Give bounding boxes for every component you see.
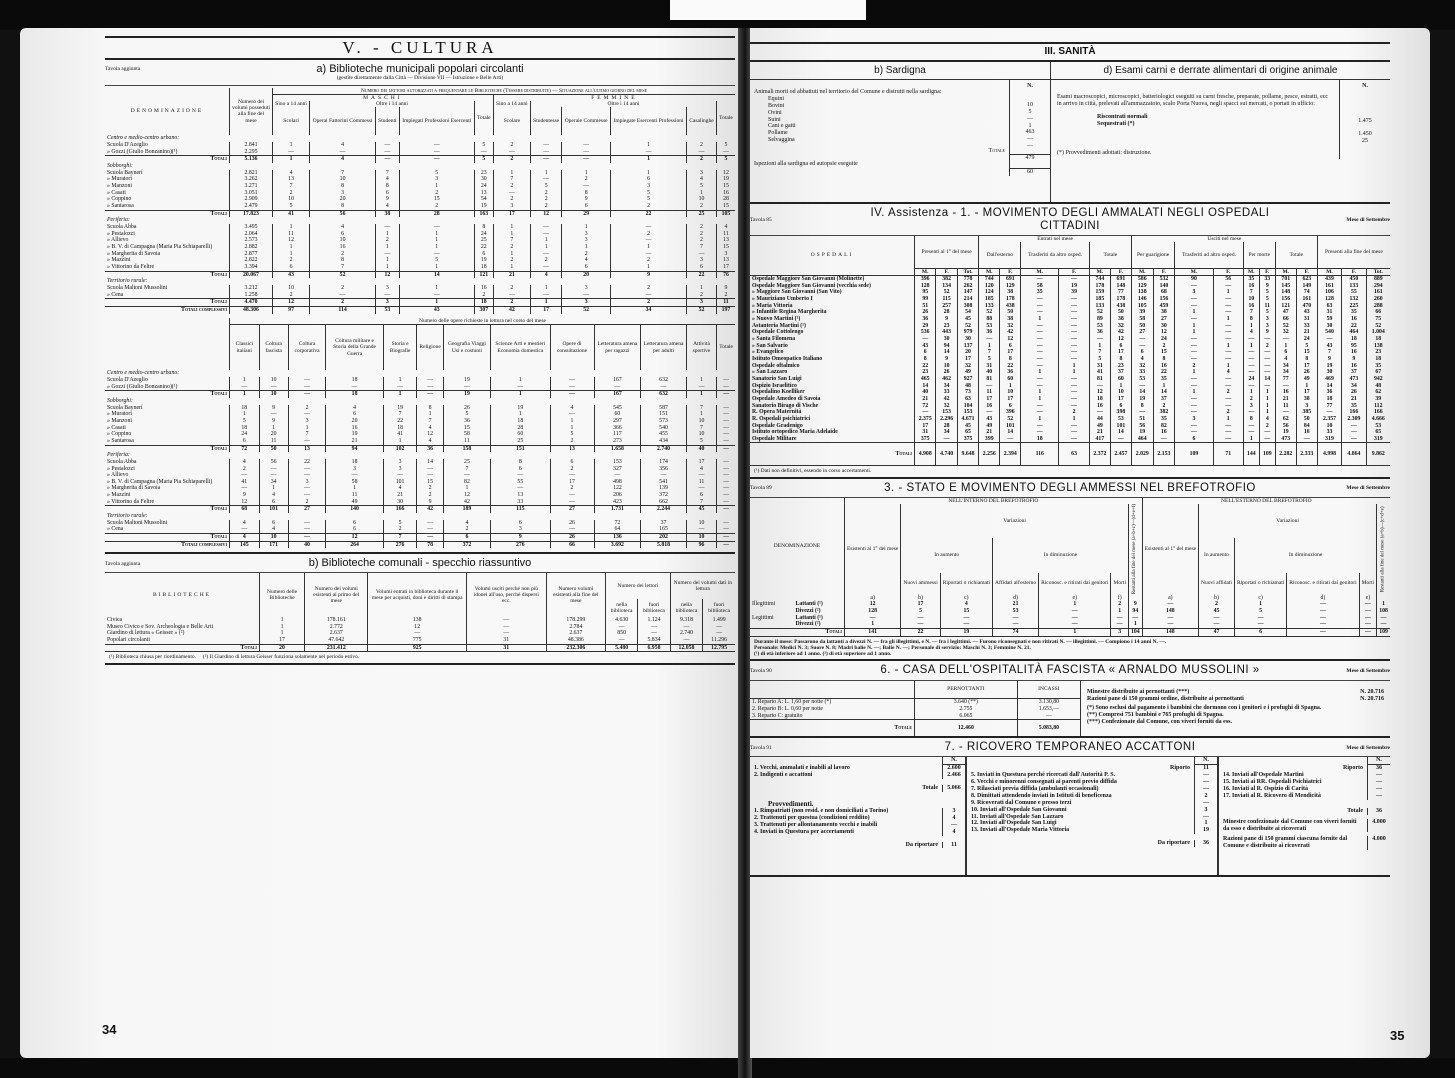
cell-value: 18 bbox=[230, 405, 260, 412]
cell-value: 35 bbox=[1342, 403, 1366, 410]
esami-value: 1.475 bbox=[1340, 118, 1390, 125]
sub-header: M. bbox=[1089, 268, 1110, 275]
opere-col-header: Classici italiani bbox=[230, 324, 260, 370]
cell-value: 1 bbox=[259, 425, 288, 432]
cell-value: 16 bbox=[1342, 316, 1366, 323]
cell-value: — bbox=[288, 411, 326, 418]
value: — bbox=[942, 822, 965, 829]
cell-value: 9 bbox=[230, 492, 260, 499]
cell-value: 151 bbox=[641, 411, 686, 418]
group-row: Centro e medio-centro urbano: bbox=[105, 370, 735, 377]
total-value: 2.457 bbox=[1110, 443, 1131, 466]
opere-col-header: Letteratura amena per ragazzi bbox=[594, 324, 641, 370]
cell-value: 1 bbox=[493, 170, 530, 177]
cell-value: 20 bbox=[310, 196, 376, 203]
cell-value: 34 bbox=[1275, 363, 1296, 370]
value: 1 bbox=[1194, 820, 1217, 827]
grand-total-value: 48.306 bbox=[230, 306, 273, 313]
value: 11 bbox=[1194, 765, 1217, 772]
cell-value: 31 bbox=[915, 429, 936, 436]
cell-value: — bbox=[703, 624, 735, 631]
label: 14. Inviati all'Ospedale Martini bbox=[1219, 772, 1367, 779]
cell-value: 12 bbox=[844, 601, 900, 608]
cell-value: — bbox=[1287, 601, 1359, 608]
total-row: Totali681012714016642189115271.7312.2444… bbox=[105, 506, 735, 513]
accattoni-mese: Mese di Settembre bbox=[1300, 745, 1390, 751]
cell-value: 16 bbox=[1243, 303, 1259, 310]
row-label: » B. V. di Campagna (Maria Pia Schiapare… bbox=[105, 244, 230, 251]
cell-value: 2 bbox=[288, 405, 326, 412]
cell-value: 17 bbox=[716, 264, 735, 271]
total-value: — bbox=[399, 156, 474, 163]
total-value: 1.731 bbox=[594, 506, 641, 513]
cell-value: 1 bbox=[260, 617, 305, 624]
cell-value: 4 bbox=[259, 492, 288, 499]
table-row: Astanteria Martini (¹)2923525332——533250… bbox=[750, 323, 1390, 330]
total-value: — bbox=[1359, 628, 1377, 635]
cell-value: — bbox=[1059, 349, 1090, 356]
row-group bbox=[750, 621, 794, 628]
cell-value: — bbox=[1213, 303, 1243, 310]
row-label: » Mazzini bbox=[105, 257, 230, 264]
table-row: Ospedalino Koelliker40337311101—12101414… bbox=[750, 389, 1390, 396]
grand-total-row: Totali complessivi1451714026427678372276… bbox=[105, 541, 735, 548]
table-row: Scuola Baynerí18924198261945455877— bbox=[105, 405, 735, 412]
volumi-lettura-header: Numero dei volumi dati in lettura bbox=[670, 573, 735, 599]
cell-value: — bbox=[550, 499, 594, 506]
table-brefotrofio: DENOMINAZIONE NELL'INTERNO DEL BREFOTROF… bbox=[750, 498, 1390, 636]
label: 9. Ricoverati dal Comune e presso terzi bbox=[967, 800, 1194, 807]
scan-bottom-border bbox=[0, 1058, 1455, 1078]
opere-col-header: Geografia Viaggi Usi e costumi bbox=[443, 324, 490, 370]
cell-value: 34 bbox=[1342, 383, 1366, 390]
cell-value: — bbox=[491, 384, 550, 391]
cell-value: 17 bbox=[1110, 396, 1131, 403]
sub-header: F. bbox=[1259, 268, 1275, 275]
cell-value: — bbox=[1213, 349, 1243, 356]
hospital-name: Sanatorio San Luigi bbox=[750, 376, 915, 383]
cell-value: 3.640 (**) bbox=[915, 699, 1018, 706]
cell-value: 149 bbox=[1296, 283, 1317, 290]
cell-value: 8 bbox=[417, 405, 443, 412]
cell-value: 132 bbox=[1342, 296, 1366, 303]
cell-value: — bbox=[610, 237, 686, 244]
value: — bbox=[1194, 814, 1217, 821]
letter-row: a)b)c)d)e)f)a)b)c)d)e) bbox=[750, 595, 1390, 602]
cell-value: — bbox=[717, 405, 735, 412]
table-row: » B. V. di Campagna (Maria Pia Schiapare… bbox=[105, 244, 735, 251]
cell-value: 3 bbox=[326, 466, 383, 473]
cell-value: 2 bbox=[550, 466, 594, 473]
cell-value: 6 bbox=[376, 190, 400, 197]
cell-value: 262 bbox=[957, 283, 978, 290]
cell-value: 6 bbox=[1131, 349, 1153, 356]
cell-value: 19 bbox=[443, 377, 490, 384]
cell-value: 12 bbox=[443, 492, 490, 499]
int-nuovi: Nuovi ammessi bbox=[901, 573, 940, 595]
cell-value: 128 bbox=[1317, 296, 1341, 303]
brefotrofio-title: 3. - STATO E MOVIMENTO DEGLI AMMESSI NEL… bbox=[840, 482, 1300, 495]
group-row: Periferia: bbox=[105, 452, 735, 459]
cell-value: 14 bbox=[1259, 376, 1275, 383]
cell-value: 473 bbox=[1342, 376, 1366, 383]
cell-value: 34 bbox=[1275, 369, 1296, 376]
cell-value: — bbox=[1175, 296, 1213, 303]
cell-value: — bbox=[1259, 363, 1275, 370]
total-value: 28 bbox=[399, 210, 474, 217]
cell-value: 2 bbox=[1213, 409, 1243, 416]
cell-value: 2.821 bbox=[230, 170, 273, 177]
cell-value: 32 bbox=[936, 403, 957, 410]
cell-value: 22 bbox=[288, 459, 326, 466]
cell-value: 24 bbox=[230, 431, 260, 438]
total-value: 4 bbox=[230, 534, 260, 542]
cell-value: 10 bbox=[1110, 389, 1131, 396]
cell-value: 1 bbox=[1296, 383, 1317, 390]
grand-total-value: 171 bbox=[259, 541, 288, 548]
value: 36 bbox=[1367, 765, 1390, 772]
cell-value: 32 bbox=[1110, 323, 1131, 330]
total-value: 2.333 bbox=[1296, 443, 1317, 466]
label: Da riportare bbox=[750, 842, 942, 849]
cell-value: — bbox=[1175, 343, 1213, 350]
cell-value: 14 bbox=[915, 383, 936, 390]
cell-value: 112 bbox=[1366, 403, 1390, 410]
cell-value: 396 bbox=[1000, 409, 1021, 416]
row-label: » Allievo bbox=[105, 472, 230, 479]
cell-value: 84 bbox=[1296, 423, 1317, 430]
da-riportare: Da riportare11 bbox=[750, 842, 965, 849]
cell-value: 2 bbox=[562, 251, 611, 258]
total-value: 5.083,80 bbox=[1017, 720, 1080, 737]
cell-value: 3.495 bbox=[230, 224, 273, 231]
label: 1. Vecchi, ammalati e inabili al lavoro bbox=[750, 765, 942, 772]
accattoni-row: 16. Inviati al R. Ospizio di Carità— bbox=[1219, 786, 1390, 793]
cell-value: 13 bbox=[273, 176, 310, 183]
cell-value: 19 bbox=[716, 176, 735, 183]
row-label: » Manzoni bbox=[105, 183, 230, 190]
total-value: 20 bbox=[562, 271, 611, 278]
cell-value: 22 bbox=[1342, 323, 1366, 330]
cell-value: — bbox=[466, 624, 546, 631]
cell-value: 11 bbox=[716, 231, 735, 238]
total-value: 9.648 bbox=[957, 443, 978, 466]
label: Razioni pane di 150 grammi ordine, distr… bbox=[1087, 696, 1244, 703]
cell-value: 32 bbox=[1131, 363, 1153, 370]
cell-value: 4 bbox=[326, 405, 383, 412]
cell-value: 459 bbox=[1153, 303, 1175, 310]
cell-value: — bbox=[1243, 363, 1259, 370]
cell-value: 18 bbox=[474, 264, 493, 271]
cell-value: 4 bbox=[230, 520, 260, 527]
table-row: Ospizio Israelitico143448—1———1—1—————11… bbox=[750, 383, 1390, 390]
cell-value: — bbox=[1259, 356, 1275, 363]
cell-value: 39 bbox=[1366, 396, 1390, 403]
cell-value: 17 bbox=[1110, 349, 1131, 356]
table-row: » Manzoni593202273618129757310— bbox=[105, 418, 735, 425]
group-row: Territorio rurale: bbox=[105, 278, 735, 285]
cell-value: 4 bbox=[310, 224, 376, 231]
cell-value: — bbox=[1142, 621, 1198, 628]
tav-85: Tavola 85 bbox=[750, 217, 840, 223]
cell-value: 2 bbox=[1243, 396, 1259, 403]
cell-value: 2 bbox=[687, 237, 717, 244]
col-letter: d) bbox=[1287, 595, 1359, 602]
cell-value: 356 bbox=[641, 466, 686, 473]
sardigna-row-value: 463 bbox=[1010, 129, 1050, 136]
cell-value: — bbox=[1213, 423, 1243, 430]
cell-value: 12 bbox=[716, 170, 735, 177]
total-value: 25 bbox=[687, 210, 717, 217]
table-row: » Nuovo Martini (¹)3694588381—89385827—1… bbox=[750, 316, 1390, 323]
accattoni-row: 7. Rilasciati previa diffida (ambulanti … bbox=[967, 786, 1217, 793]
cell-value: — bbox=[1153, 436, 1175, 443]
cell-value: 133 bbox=[1089, 303, 1110, 310]
cell-value: — bbox=[259, 466, 288, 473]
cell-value: 53 bbox=[1110, 416, 1131, 423]
col-n-header: N. bbox=[1219, 757, 1390, 765]
cell-value: 14 bbox=[1000, 429, 1021, 436]
value: N. 20.716 bbox=[1360, 696, 1384, 703]
cell-value: 178 bbox=[1110, 296, 1131, 303]
total-value: 2 bbox=[493, 299, 530, 307]
label: 17. Inviati al R. Ricovero di Mendicità bbox=[1219, 793, 1367, 800]
cell-value: 5 bbox=[1234, 608, 1286, 615]
cell-value: 140 bbox=[1153, 283, 1175, 290]
cell-value: 35 bbox=[1366, 363, 1390, 370]
cell-value: 1 bbox=[1259, 389, 1275, 396]
total-value: 4 bbox=[530, 271, 561, 278]
cell-value: 185 bbox=[979, 296, 1000, 303]
cell-value: 153 bbox=[957, 409, 978, 416]
total-value: 12 bbox=[273, 299, 310, 307]
cell-value: — bbox=[562, 149, 611, 156]
cell-value: 8 bbox=[1296, 356, 1317, 363]
hospital-name: Sanatorio Birago di Vische bbox=[750, 403, 915, 410]
cell-value: — bbox=[417, 520, 443, 527]
cell-value: — bbox=[1059, 403, 1090, 410]
table-row: » B. V. di Campagna (Maria Pia Schiapare… bbox=[105, 479, 735, 486]
table-row: » Cena—4—62—23—64165—— bbox=[105, 526, 735, 533]
group-label: Periferia: bbox=[105, 217, 735, 224]
row-label: » Casati bbox=[105, 425, 230, 432]
total-value: 27 bbox=[550, 506, 594, 513]
tav-label: Tavola aggiunta bbox=[105, 66, 195, 72]
cell-value: — bbox=[1017, 713, 1080, 720]
cell-value: — bbox=[1021, 276, 1059, 283]
total-value: 31 bbox=[466, 644, 546, 651]
cell-value: 2 bbox=[610, 257, 686, 264]
cell-value: 273 bbox=[594, 438, 641, 445]
table-row: Ospedale Gradenigo17284549101——491015682… bbox=[750, 423, 1390, 430]
cell-value: 7 bbox=[288, 431, 326, 438]
cell-value: 3 bbox=[1259, 323, 1275, 330]
cell-value: 36 bbox=[915, 316, 936, 323]
total-value: 1 bbox=[383, 391, 417, 398]
cell-value: 105 bbox=[1131, 303, 1153, 310]
cell-value: 2.784 bbox=[546, 624, 605, 631]
col-n-header: N. bbox=[967, 757, 1217, 765]
cell-value: 2 bbox=[530, 203, 561, 210]
table-b-title: b) Biblioteche comunali - specchio riass… bbox=[195, 557, 645, 570]
cell-value: 4 bbox=[716, 224, 735, 231]
cell-value: — bbox=[610, 224, 686, 231]
cell-value: 52 bbox=[936, 289, 957, 296]
cell-value: 1 bbox=[383, 377, 417, 384]
cell-value: — bbox=[417, 526, 443, 533]
total-value: 5.136 bbox=[230, 156, 273, 163]
int-morti: Morti bbox=[1111, 573, 1129, 595]
cell-value: 30 bbox=[1317, 369, 1341, 376]
cell-value: 5 bbox=[716, 142, 735, 149]
table-row: LegittimiLattanti (¹)————————————— bbox=[750, 615, 1390, 622]
cell-value: 399 bbox=[979, 436, 1000, 443]
cell-value: 122 bbox=[594, 485, 641, 492]
cell-value: 15 bbox=[716, 183, 735, 190]
sardigna-row-label: Bovini bbox=[754, 103, 1005, 110]
cell-value: 10 bbox=[686, 431, 717, 438]
provvedimento-row: 3. Trattenuti per allontanamento vecchi … bbox=[750, 822, 965, 829]
total-value: 2.372 bbox=[1089, 443, 1110, 466]
cell-value: 4 bbox=[383, 485, 417, 492]
cell-value: 18 bbox=[230, 425, 260, 432]
cell-value: 319 bbox=[1366, 436, 1390, 443]
est-esistenti: Esistenti al 1° del mese bbox=[1142, 504, 1198, 594]
cell-value: 1 bbox=[1021, 369, 1059, 376]
table-row: Scuola Maltoni Mussolini46—65—4626723710… bbox=[105, 520, 735, 527]
sub-header: Tot. bbox=[957, 268, 978, 275]
cell-value: 1 bbox=[562, 224, 611, 231]
total-value: 26 bbox=[550, 534, 594, 542]
total-value: 18 bbox=[326, 391, 383, 398]
total-value: 63 bbox=[1059, 443, 1090, 466]
total-value: 136 bbox=[594, 534, 641, 542]
cell-value: 1 bbox=[1021, 316, 1059, 323]
cell-value: 1 bbox=[1175, 323, 1213, 330]
cell-value: 927 bbox=[957, 376, 978, 383]
lettori-header: Numero dei lettori bbox=[605, 573, 670, 599]
total-value: 56 bbox=[310, 210, 376, 217]
cell-value: — bbox=[1131, 343, 1153, 350]
accattoni-block: N.1. Vecchi, ammalati e inabili al lavor… bbox=[750, 757, 1390, 875]
cell-value: 81 bbox=[979, 376, 1000, 383]
cell-value: 3 bbox=[491, 526, 550, 533]
cell-value: — bbox=[1021, 423, 1059, 430]
cell-value: — bbox=[1059, 429, 1090, 436]
cell-value: 8 bbox=[310, 183, 376, 190]
total-value: 5 bbox=[474, 156, 493, 163]
cell-value: 7 bbox=[1243, 309, 1259, 316]
cell-value: 38 bbox=[1000, 316, 1021, 323]
col-n: N. bbox=[1367, 757, 1390, 765]
cell-value: — bbox=[1213, 323, 1243, 330]
esami-col-n: N. bbox=[1340, 83, 1390, 90]
cell-value: 53 bbox=[979, 323, 1000, 330]
table-row: » Margherita di Savoia—1—1421—2122139—— bbox=[105, 485, 735, 492]
sardigna-row-label: Selvaggina bbox=[754, 137, 1005, 144]
cell-value: 52 bbox=[1275, 323, 1296, 330]
sardigna-values: 105—1463—— bbox=[1010, 102, 1050, 150]
row-label: Scuola D'Azeglio bbox=[105, 377, 230, 384]
total-value: 4 bbox=[310, 156, 376, 163]
cell-value: — bbox=[1021, 309, 1059, 316]
total-value: 12.795 bbox=[703, 644, 735, 651]
cell-value: 3 bbox=[562, 285, 611, 292]
cell-value: — bbox=[326, 384, 383, 391]
cell-value: — bbox=[915, 336, 936, 343]
cell-value: 32 bbox=[1275, 329, 1296, 336]
accattoni-col3: N.Riporto3614. Inviati all'Ospedale Mart… bbox=[1219, 757, 1390, 875]
table-ospedali: OSPEDALI Presenti al 1° del mese Entrati… bbox=[750, 236, 1390, 466]
sardigna-row-label: Cani e gatti bbox=[754, 123, 1005, 130]
total-row: Totali20.067435212141212142092276 bbox=[105, 271, 735, 278]
cell-value: 2.755 bbox=[915, 706, 1018, 713]
cell-value: 5 bbox=[1089, 356, 1110, 363]
col-volumi-usciti: Volumi usciti perché non più idonei all'… bbox=[466, 573, 546, 617]
cell-value: 49 bbox=[1296, 376, 1317, 383]
row-label: » Manzoni bbox=[105, 418, 230, 425]
cell-value: 1 bbox=[1021, 389, 1059, 396]
cell-value: 2 bbox=[417, 492, 443, 499]
group-label: Sobborghi: bbox=[105, 398, 735, 405]
cell-value: 979 bbox=[957, 329, 978, 336]
cell-value: — bbox=[1000, 436, 1021, 443]
cell-value: 26 bbox=[1296, 369, 1317, 376]
ospedali-mese: Mese di Settembre bbox=[1300, 217, 1390, 223]
esami-title: d) Esami carni e derrate alimentari di o… bbox=[1051, 62, 1390, 81]
cell-value: 63 bbox=[1317, 303, 1341, 310]
cell-value: — bbox=[1059, 309, 1090, 316]
cell-value: — bbox=[717, 472, 735, 479]
table-row: » Coppino242071941125860511745510— bbox=[105, 431, 735, 438]
f-totale: Totale bbox=[716, 101, 735, 135]
grand-total-value: 307 bbox=[474, 306, 493, 313]
cell-value: 327 bbox=[594, 466, 641, 473]
cell-value: 3.262 bbox=[230, 176, 273, 183]
cell-value: 58 bbox=[1021, 283, 1059, 290]
esami-rows: Riscontrati normaliSequestrati (*) bbox=[1097, 114, 1333, 128]
sardigna-ispezioni: 60 bbox=[1010, 168, 1050, 176]
cell-value: 31 bbox=[979, 363, 1000, 370]
cell-value: 1 bbox=[1259, 396, 1275, 403]
cell-value: 9 bbox=[259, 405, 288, 412]
cell-value: — bbox=[417, 384, 443, 391]
cell-value: 32 bbox=[957, 363, 978, 370]
cell-value: 4 bbox=[376, 176, 400, 183]
cell-value: 6.065 bbox=[915, 713, 1018, 720]
total-value: 12.058 bbox=[670, 644, 703, 651]
cell-value: — bbox=[1111, 615, 1129, 622]
row-label: » Margherita di Savoia bbox=[105, 485, 230, 492]
accattoni-col1-rows: N.1. Vecchi, ammalati e inabili al lavor… bbox=[750, 757, 965, 848]
cell-value: 1 bbox=[417, 411, 443, 418]
cell-value: 540 bbox=[1317, 329, 1341, 336]
cell-value: 19 bbox=[383, 405, 417, 412]
cell-value: — bbox=[1213, 396, 1243, 403]
total-value: 121 bbox=[474, 271, 493, 278]
cell-value: 3.212 bbox=[230, 285, 273, 292]
cell-value: 9 bbox=[1128, 601, 1142, 608]
total-value: — bbox=[717, 534, 735, 542]
value: — bbox=[1367, 779, 1390, 786]
total-value: 7 bbox=[383, 534, 417, 542]
cell-value: — bbox=[641, 384, 686, 391]
cell-value: 37 bbox=[641, 520, 686, 527]
col-operaie: Operaie Commesse bbox=[562, 107, 611, 135]
group-label: Sobborghi: bbox=[105, 163, 735, 170]
total-value: 140 bbox=[326, 506, 383, 513]
cell-value: — bbox=[1175, 409, 1213, 416]
